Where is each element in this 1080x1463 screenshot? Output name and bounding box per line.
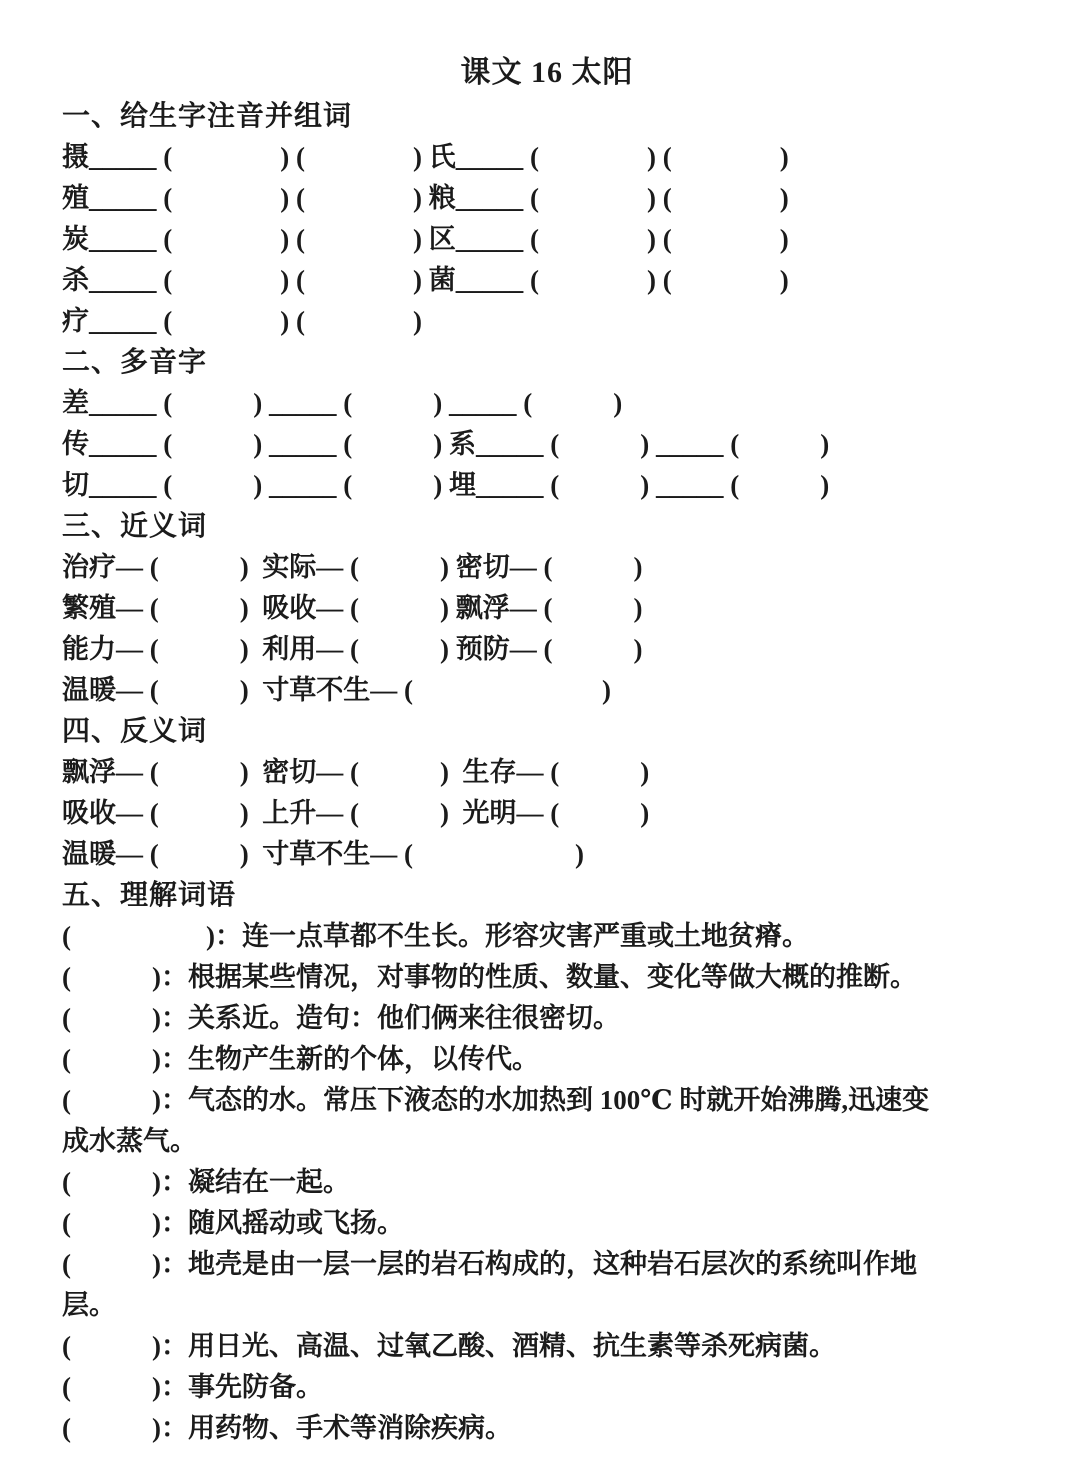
pinyin-row-tan-qu: 炭_____ ( ) ( ) 区_____ ( ) ( ): [62, 219, 1032, 260]
pinyin-row-zhi-liang: 殖_____ ( ) ( ) 粮_____ ( ) ( ): [62, 178, 1032, 219]
page-title: 课文 16 太阳: [62, 50, 1032, 96]
section-definitions: 五、理解词语 ( )：连一点草都不生长。形容灾害严重或土地贫瘠。 ( )：根据某…: [62, 875, 1032, 1449]
definition-row-5: ( )：气态的水。常压下液态的水加热到 100℃ 时就开始沸腾,迅速变 成水蒸气…: [62, 1080, 1032, 1162]
definition-row-2: ( )：根据某些情况，对事物的性质、数量、变化等做大概的推断。: [62, 957, 1032, 998]
section-pinyin-words-heading: 一、给生字注音并组词: [62, 96, 1032, 137]
pinyin-row-sha-jun: 杀_____ ( ) ( ) 菌_____ ( ) ( ): [62, 260, 1032, 301]
definition-row-7: ( )：随风摇动或飞扬。: [62, 1203, 1032, 1244]
definition-row-4: ( )：生物产生新的个体，以传代。: [62, 1039, 1032, 1080]
definition-row-11: ( )：用药物、手术等消除疾病。: [62, 1408, 1032, 1449]
definition-row-3: ( )：关系近。造句：他们俩来往很密切。: [62, 998, 1032, 1039]
pinyin-row-liao: 疗_____ ( ) ( ): [62, 301, 1032, 342]
polyphone-row-qie-mai: 切_____ ( ) _____ ( ) 埋_____ ( ) _____ ( …: [62, 465, 1032, 506]
definition-row-6: ( )：凝结在一起。: [62, 1162, 1032, 1203]
pinyin-row-she-shi: 摄_____ ( ) ( ) 氏_____ ( ) ( ): [62, 137, 1032, 178]
section-synonyms: 三、近义词 治疗— ( ) 实际— ( ) 密切— ( ) 繁殖— ( ) 吸收…: [62, 506, 1032, 711]
antonym-row-3: 温暖— ( ) 寸草不生— ( ): [62, 834, 1032, 875]
definition-row-8: ( )：地壳是由一层一层的岩石构成的，这种岩石层次的系统叫作地 层。: [62, 1244, 1032, 1326]
section-antonyms-heading: 四、反义词: [62, 711, 1032, 752]
antonym-row-2: 吸收— ( ) 上升— ( ) 光明— ( ): [62, 793, 1032, 834]
synonym-row-3: 能力— ( ) 利用— ( ) 预防— ( ): [62, 629, 1032, 670]
synonym-row-1: 治疗— ( ) 实际— ( ) 密切— ( ): [62, 547, 1032, 588]
section-polyphones-heading: 二、多音字: [62, 342, 1032, 383]
section-pinyin-words: 一、给生字注音并组词 摄_____ ( ) ( ) 氏_____ ( ) ( )…: [62, 96, 1032, 342]
synonym-row-2: 繁殖— ( ) 吸收— ( ) 飘浮— ( ): [62, 588, 1032, 629]
definition-row-9: ( )：用日光、高温、过氧乙酸、酒精、抗生素等杀死病菌。: [62, 1326, 1032, 1367]
section-definitions-heading: 五、理解词语: [62, 875, 1032, 916]
section-antonyms: 四、反义词 飘浮— ( ) 密切— ( ) 生存— ( ) 吸收— ( ) 上升…: [62, 711, 1032, 875]
definition-row-1: ( )：连一点草都不生长。形容灾害严重或土地贫瘠。: [62, 916, 1032, 957]
worksheet-page: 课文 16 太阳 一、给生字注音并组词 摄_____ ( ) ( ) 氏____…: [0, 0, 1080, 1463]
section-synonyms-heading: 三、近义词: [62, 506, 1032, 547]
synonym-row-4: 温暖— ( ) 寸草不生— ( ): [62, 670, 1032, 711]
definition-row-10: ( )：事先防备。: [62, 1367, 1032, 1408]
antonym-row-1: 飘浮— ( ) 密切— ( ) 生存— ( ): [62, 752, 1032, 793]
section-polyphones: 二、多音字 差_____ ( ) _____ ( ) _____ ( ) 传__…: [62, 342, 1032, 506]
polyphone-row-chuan-xi: 传_____ ( ) _____ ( ) 系_____ ( ) _____ ( …: [62, 424, 1032, 465]
polyphone-row-cha: 差_____ ( ) _____ ( ) _____ ( ): [62, 383, 1032, 424]
